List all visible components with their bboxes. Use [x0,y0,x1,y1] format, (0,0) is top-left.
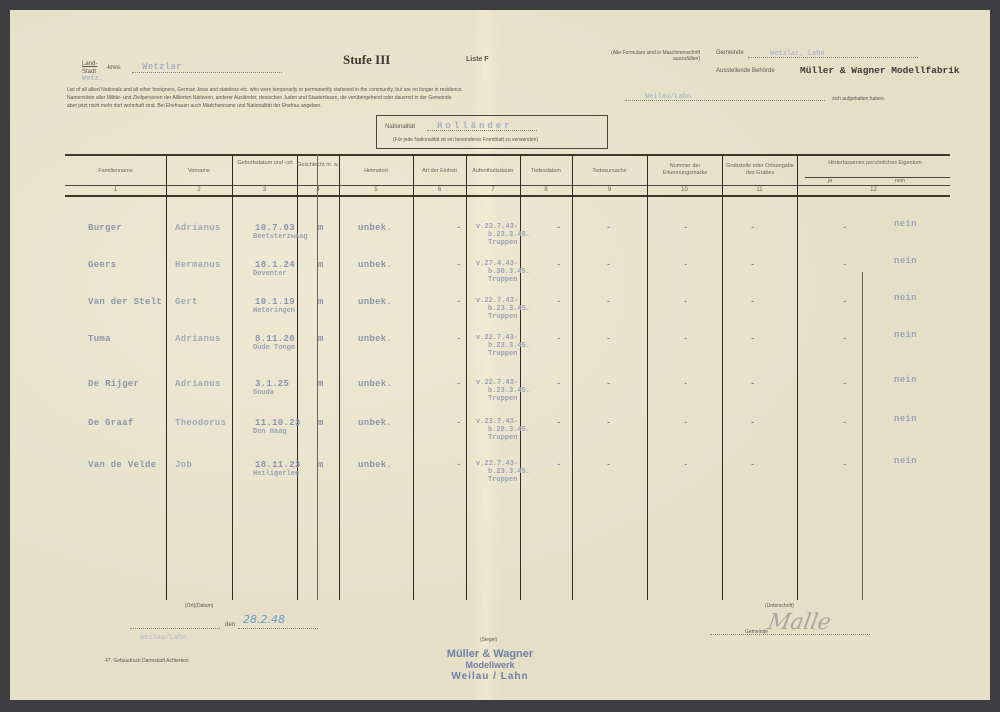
nationality-box: Nationalität Holländer (Für jede Nationa… [376,115,608,149]
cell-stay-3: Truppen [488,434,517,442]
cell-unit: - [456,460,461,470]
cell-stay-2: b.23.3.45. [488,387,530,395]
gemeinde-value: Wetzlar, Lahn [770,50,825,58]
table-number-row-border [65,185,950,186]
cell-sex: m [318,379,324,389]
gemeinde-fill: Weilau/Lahn [645,93,691,101]
cell-first-name: Gert [175,297,198,307]
col-num: 10 [647,187,722,193]
gemeinde-label: Gemeinde [716,50,744,56]
cell-tag-number: - [683,297,688,307]
description-line-2: Namensliste aller Militär- und Zivilpers… [67,94,627,102]
col-divider [297,155,298,600]
cell-home: unbek. [358,460,392,470]
cell-tag-number: - [683,260,688,270]
cell-stay-1: v.22.7.43- [476,297,518,305]
stamp-line-1: Müller & Wagner [430,648,550,660]
cell-sex: m [318,297,324,307]
cell-stay-2: b.23.3.45. [488,231,530,239]
cell-birth-place: Deventer [253,270,287,278]
liste-label: Liste F [466,56,489,63]
cell-property-nein: nein [894,375,917,385]
gemeinde-sig-label: Gemeinde [745,628,768,636]
land-label: Land- [82,60,97,68]
cell-sex: m [318,418,324,428]
cell-property-nein: nein [894,330,917,340]
col-header-heimatort: Heimatort [339,168,413,175]
col-divider [572,155,573,600]
cell-tag-number: - [683,379,688,389]
cell-grave: - [750,297,755,307]
cell-property-nein: nein [894,293,917,303]
col-header-nein: nein [885,178,915,185]
nationality-label: Nationalität [385,124,415,130]
cell-grave: - [750,418,755,428]
col-num: 7 [466,187,520,193]
cell-stay-2: b.23.3.45. [488,342,530,350]
col-header-geschlecht: Geschlecht m. w. [297,162,339,169]
col-num: 8 [520,187,572,193]
cell-grave: - [750,379,755,389]
cell-first-name: Adrianus [175,223,221,233]
cell-family-name: Geers [88,260,117,270]
col-divider [232,155,233,600]
cell-home: unbek. [358,379,392,389]
col-num: 1 [65,187,166,193]
kreis-line [132,72,282,73]
cell-stay-1: v.22.7.43- [476,460,518,468]
cell-birth-date: 10.7.03 [255,223,295,233]
cell-first-name: Hermanus [175,260,221,270]
stamp-line-3: Weilau / Lahn [430,671,550,683]
col-divider [520,155,521,600]
company-stamp: Müller & Wagner Modellwerk Weilau / Lahn [430,648,550,683]
cell-death-date: - [556,379,561,389]
cell-unit: - [456,379,461,389]
cell-birth-date: 18.1.24 [255,260,295,270]
cell-death-date: - [556,260,561,270]
den-label: den [225,622,235,628]
col-header-ja: ja [815,178,845,185]
cell-sex: m [318,260,324,270]
cell-birth-place: Heiligerlee [253,470,299,478]
cell-family-name: Tuma [88,334,111,344]
cell-first-name: Theodorus [175,418,226,428]
signature-label: (Unterschrift) [765,602,794,610]
col-num: 12 [797,187,950,193]
cell-home: unbek. [358,334,392,344]
cell-property-ja: - [842,334,847,344]
col-divider [647,155,648,600]
cell-unit: - [456,334,461,344]
cell-stay-2: b.30.3.45. [488,268,530,276]
cell-tag-number: - [683,418,688,428]
cell-death-cause: - [606,223,611,233]
cell-death-cause: - [606,334,611,344]
cell-family-name: Van de Velde [88,460,156,470]
cell-stay-1: v.23.7.43- [476,223,518,231]
cell-stay-1: v.23.7.43- [476,418,518,426]
cell-stay-3: Truppen [488,395,517,403]
cell-death-cause: - [606,460,611,470]
cell-property-nein: nein [894,456,917,466]
cell-property-ja: - [842,223,847,233]
place-value: Weilau/Lahn [140,634,186,642]
cell-stay-1: v.22.7.43- [476,379,518,387]
cell-property-ja: - [842,460,847,470]
cell-birth-place: Den Haag [253,428,287,436]
signature: Malle [766,610,833,635]
cell-family-name: De Graaf [88,418,134,428]
cell-stay-1: v.27.4.43- [476,260,518,268]
printer-note: 47. Gebaudruck Darmstadt Achterkon [105,657,189,665]
cell-birth-date: 10.1.19 [255,297,295,307]
cell-stay-3: Truppen [488,350,517,358]
cell-property-ja: - [842,297,847,307]
col-divider [339,155,340,600]
cell-property-nein: nein [894,219,917,229]
col-num: 4 [297,187,339,193]
col-header-todesdatum: Todesdatum [520,168,572,175]
cell-grave: - [750,260,755,270]
cell-stay-2: b.23.3.45. [488,305,530,313]
cell-stay-3: Truppen [488,476,517,484]
cell-birth-date: 3.1.25 [255,379,289,389]
cell-death-date: - [556,334,561,344]
table-top-border [65,154,950,156]
col-divider [797,155,798,600]
cell-grave: - [750,334,755,344]
nationality-value: Holländer [437,121,513,131]
kreis-value: Wetzlar [142,62,182,72]
cell-death-date: - [556,297,561,307]
stamp-line-2: Modellwerk [430,660,550,671]
col-header-todesursache: Todesursache [572,168,647,175]
cell-family-name: De Rijger [88,379,139,389]
col-num: 2 [166,187,232,193]
cell-birth-place: Gouda [253,389,274,397]
cell-birth-date: 18.11.23 [255,460,301,470]
description-line-3: aber jetzt nicht mehr dort wohnhaft sind… [67,102,627,110]
property-sub-divider [862,272,863,600]
ort-datum-label: (Ort)(Datum) [185,602,213,610]
cell-stay-1: v.22.7.43- [476,334,518,342]
col-num: 11 [722,187,797,193]
cell-unit: - [456,297,461,307]
cell-stay-3: Truppen [488,276,517,284]
cell-unit: - [456,223,461,233]
cell-grave: - [750,460,755,470]
cell-death-date: - [556,460,561,470]
page-title: Stufe III [343,52,390,68]
cell-birth-place: Heteringen [253,307,295,315]
cell-death-cause: - [606,379,611,389]
description-line-1: List of all allied Nationals and all oth… [67,86,687,94]
form-note: (Alle Formulare sind in Maschinenschrift… [590,50,700,62]
seal-label: (Siegel) [480,636,497,644]
date-line [238,628,318,629]
aufgehalten-text: sich aufgehalten haben. [832,95,885,103]
col-divider [722,155,723,600]
cell-first-name: Adrianus [175,379,221,389]
cell-unit: - [456,260,461,270]
cell-sex: m [318,460,324,470]
col-header-einheit: Art der Einheit [413,168,466,175]
cell-first-name: Job [175,460,192,470]
behoerde-value: Müller & Wagner Modellfabrik [800,65,960,76]
cell-property-ja: - [842,260,847,270]
cell-death-cause: - [606,297,611,307]
col-num: 6 [413,187,466,193]
cell-birth-place: Beetsterzwaag [253,233,308,241]
ort-line [130,628,220,629]
kreis-suffix: -kreis [106,65,121,71]
cell-stay-3: Truppen [488,313,517,321]
cell-unit: - [456,418,461,428]
col-header-familienname: Familienname [65,168,166,175]
cell-death-cause: - [606,260,611,270]
behoerde-label: Ausstellende Behörde [716,68,775,74]
cell-tag-number: - [683,460,688,470]
col-header-vorname: Vorname [166,168,232,175]
col-header-geburt: Geburtsdatum und -ort [234,160,296,167]
table-header-bottom-border [65,195,950,197]
document-page: Land- Stadt -kreis Wetzlar Wetz. Stufe I… [10,10,990,700]
cell-family-name: Burger [88,223,122,233]
cell-property-nein: nein [894,256,917,266]
nationality-note: (Für jede Nationalität ist ein besondere… [393,136,538,144]
col-num: 3 [232,187,297,193]
col-num: 5 [339,187,413,193]
cell-family-name: Van der Stelt [88,297,162,307]
col-divider [466,155,467,600]
col-header-aufenthalt: Aufenthaltsdauer [466,168,520,175]
col-num: 9 [572,187,647,193]
cell-grave: - [750,223,755,233]
col-header-erkennungsmarke: Nummer der Erkennungsmarke [650,163,720,177]
cell-death-cause: - [606,418,611,428]
col-divider [317,155,318,600]
cell-property-ja: - [842,418,847,428]
cell-home: unbek. [358,418,392,428]
landkreis-label: Land- Stadt [82,60,97,76]
cell-home: unbek. [358,223,392,233]
cell-sex: m [318,334,324,344]
cell-tag-number: - [683,223,688,233]
cell-birth-date: 8.11.20 [255,334,295,344]
col-divider [413,155,414,600]
cell-stay-2: b.23.3.45. [488,468,530,476]
cell-sex: m [318,223,324,233]
cell-home: unbek. [358,297,392,307]
cell-tag-number: - [683,334,688,344]
date-value: 28.2.48 [243,613,285,626]
cell-death-date: - [556,223,561,233]
cell-first-name: Adrianus [175,334,221,344]
cell-stay-3: Truppen [488,239,517,247]
cell-property-nein: nein [894,414,917,424]
col-divider [166,155,167,600]
cell-home: unbek. [358,260,392,270]
cell-property-ja: - [842,379,847,389]
kreis-subvalue: Wetz. [82,75,103,83]
cell-death-date: - [556,418,561,428]
col-header-eigentum: Hinterlassenes persönliches Eigentum [800,160,950,167]
cell-birth-date: 11.10.23 [255,418,301,428]
cell-stay-2: b.28.3.45. [488,426,530,434]
col-header-grab: Grabstelle oder Ortsangabe des Grabes [724,163,796,177]
cell-birth-place: Oude Tonge [253,344,295,352]
